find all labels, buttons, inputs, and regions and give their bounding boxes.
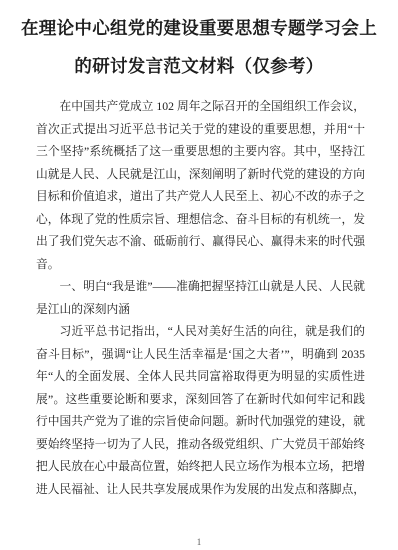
document-page: 在理论中心组党的建设重要思想专题学习会上 的研讨发言范文材料（仅参考） 在中国共… [0, 0, 398, 550]
document-title-line-1: 在理论中心组党的建设重要思想专题学习会上 [0, 9, 398, 47]
section-heading-1: 一、明白“我是谁”——准确把握坚持江山就是人民、人民就是江山的深刻内涵 [36, 276, 365, 321]
paragraph-intro: 在中国共产党成立 102 周年之际召开的全国组织工作会议，首次正式提出习近平总书… [36, 96, 365, 276]
document-title: 在理论中心组党的建设重要思想专题学习会上 的研讨发言范文材料（仅参考） [0, 0, 398, 85]
page-number: 1 [0, 536, 398, 548]
document-title-line-2: 的研讨发言范文材料（仅参考） [0, 47, 398, 85]
paragraph-section-1: 习近平总书记指出，“人民对美好生活的向往，就是我们的奋斗目标”，强调“让人民生活… [36, 321, 365, 501]
document-body: 在中国共产党成立 102 周年之际召开的全国组织工作会议，首次正式提出习近平总书… [36, 96, 365, 501]
